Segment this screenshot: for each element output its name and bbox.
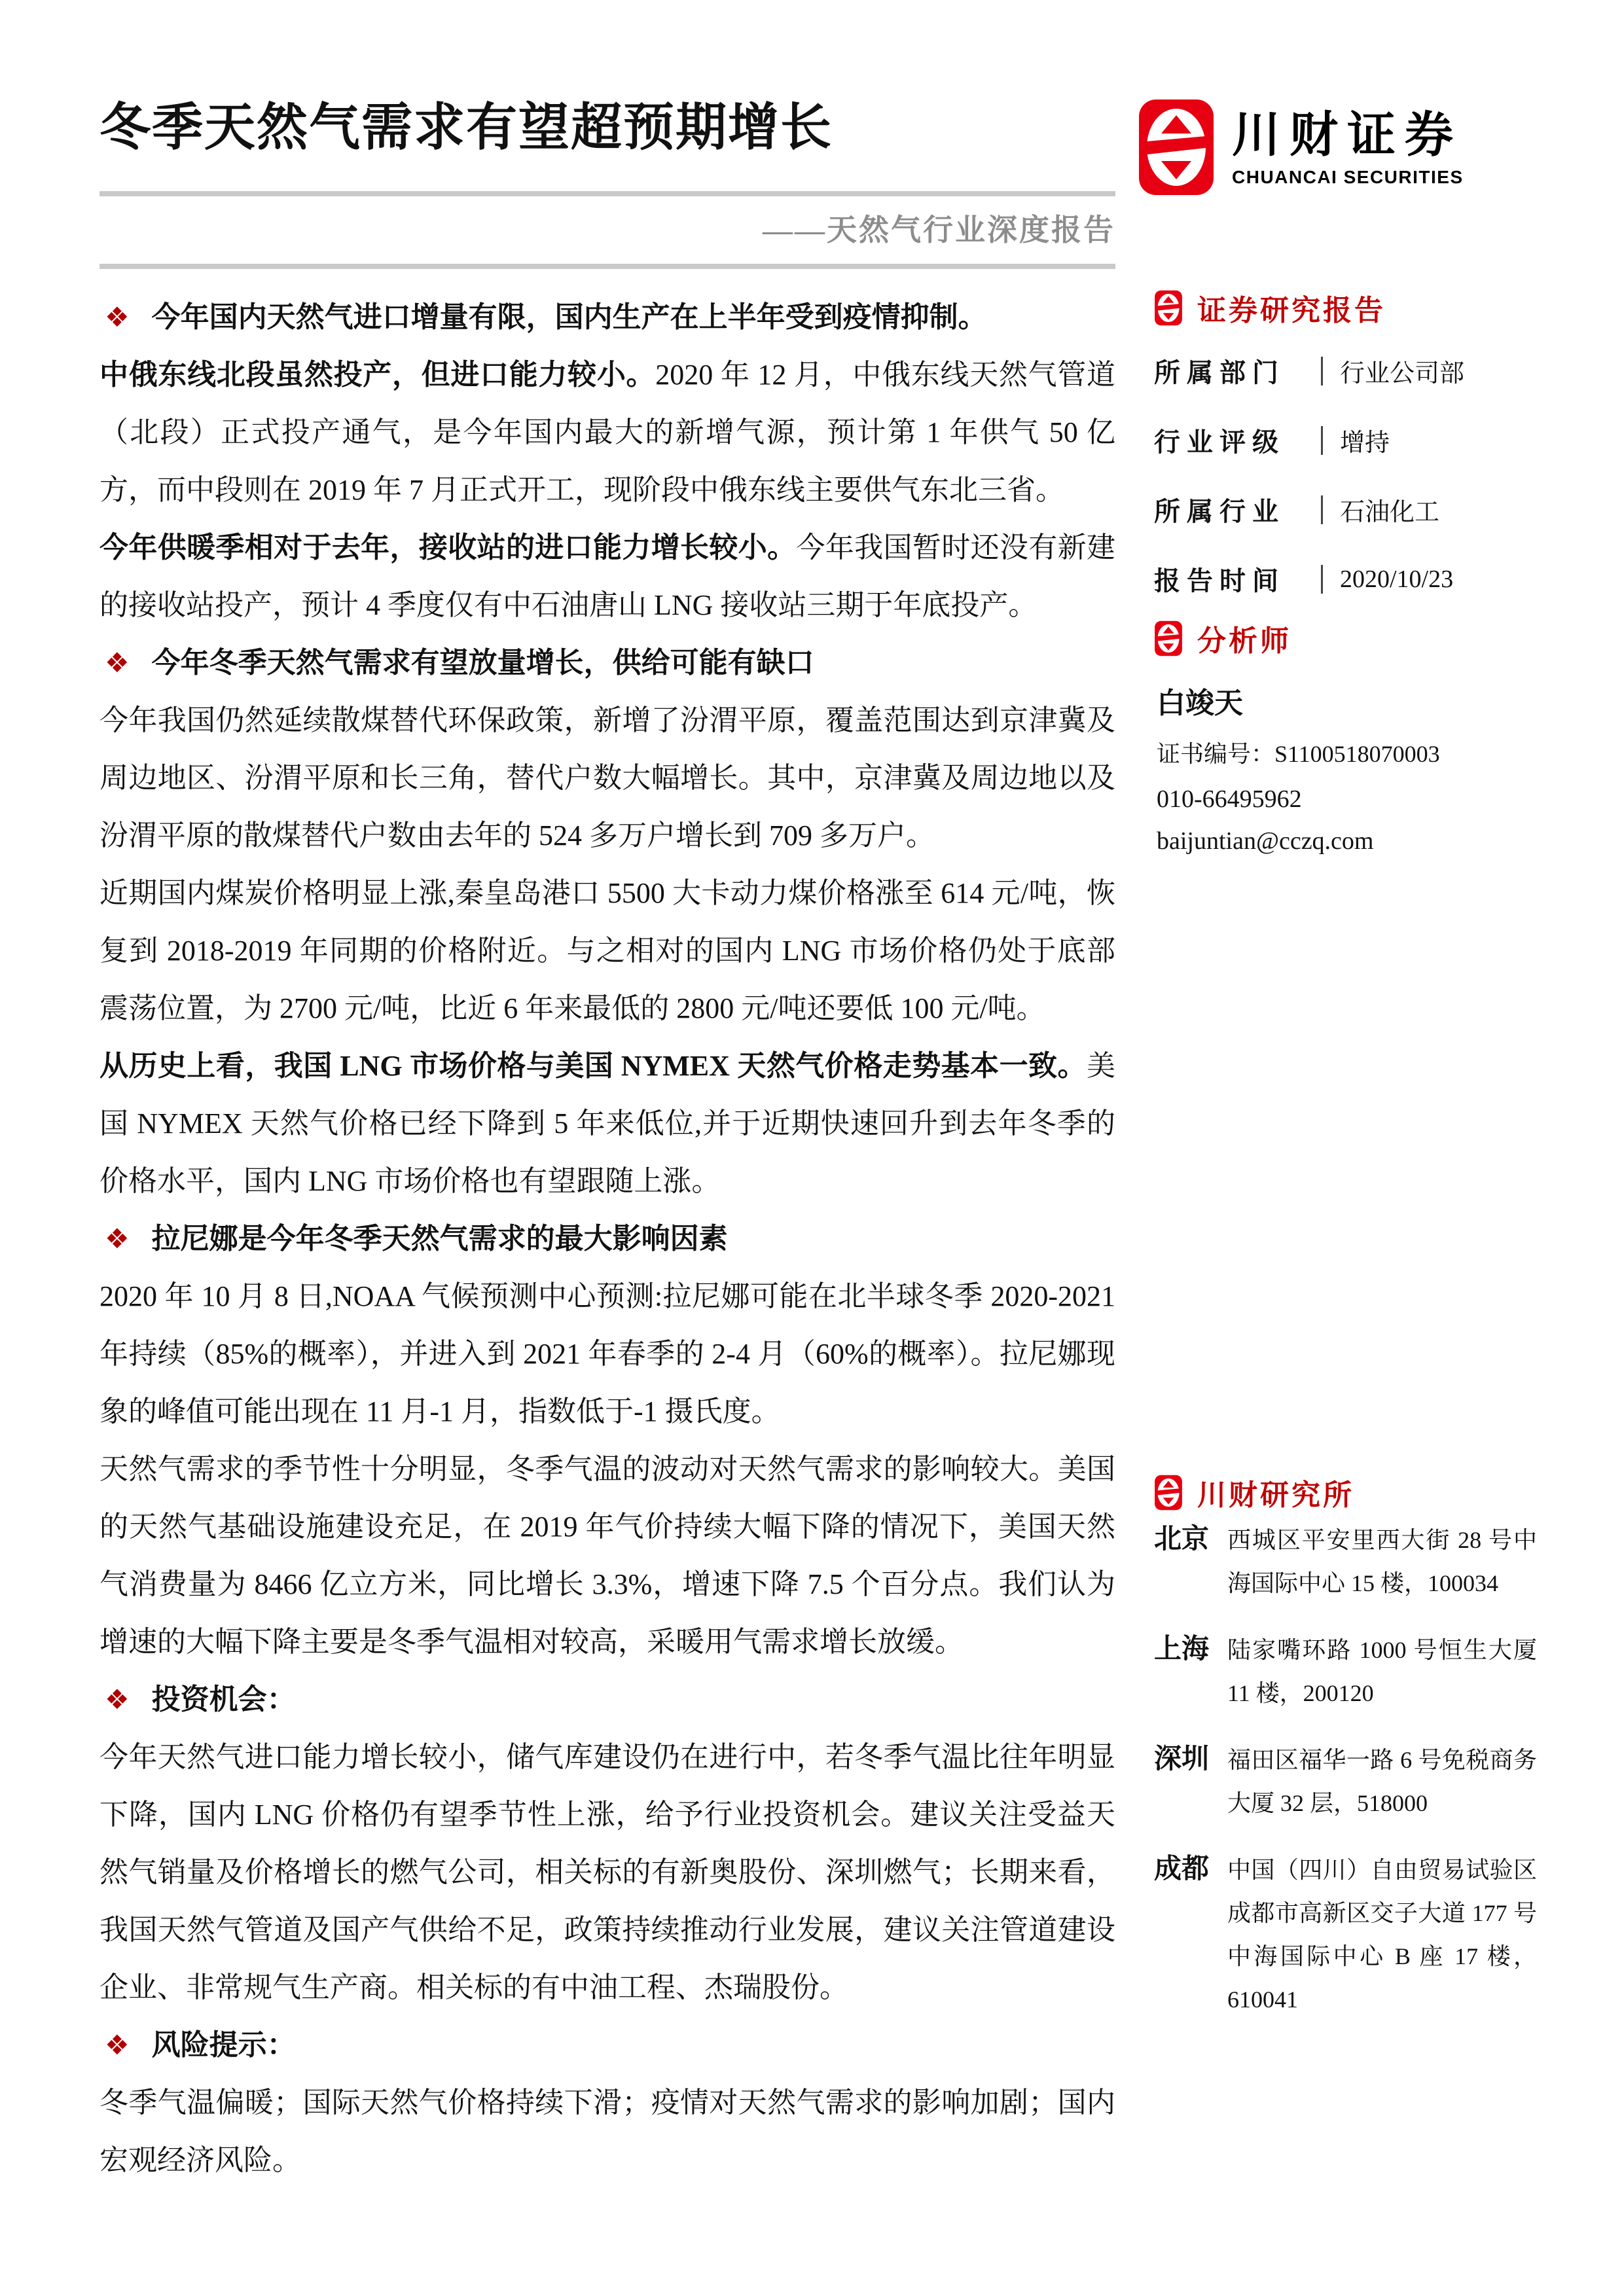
brand-name-en: CHUANCAI SECURITIES [1232,167,1464,188]
institute-header-title: 川财研究所 [1197,1471,1354,1513]
body-paragraph: 今年天然气进口能力增长较小，储气库建设仍在进行中，若冬季气温比往年明显下降，国内… [99,1729,1115,2017]
meta-row-date: 报告时间 2020/10/23 [1154,560,1537,598]
report-summary-content: ❖ 今年国内天然气进口增量有限，国内生产在上半年受到疫情抑制。 中俄东线北段虽然… [99,289,1115,2189]
brand-text: 川财证券 CHUANCAI SECURITIES [1232,107,1464,188]
diamond-bullet-icon: ❖ [105,289,130,346]
section-import-limited: ❖ 今年国内天然气进口增量有限，国内生产在上半年受到疫情抑制。 中俄东线北段虽然… [99,289,1115,634]
body-paragraph: 今年我国仍然延续散煤替代环保政策，新增了汾渭平原，覆盖范围达到京津冀及周边地区、… [99,692,1115,865]
office-city: 北京 [1154,1518,1227,1560]
vertical-divider [1321,495,1323,524]
meta-row-industry: 所属行业 石油化工 [1154,491,1537,528]
office-city: 深圳 [1154,1738,1227,1780]
body-paragraph: 从历史上看，我国 LNG 市场价格与美国 NYMEX 天然气价格走势基本一致。美… [99,1037,1115,1210]
office-address: 中国（四川）自由贸易试验区成都市高新区交子大道 177 号中海国际中心 B 座 … [1227,1848,1537,2021]
analyst-header: 分析师 [1154,617,1291,659]
meta-value: 石油化工 [1340,492,1439,528]
main-column: 冬季天然气需求有望超预期增长 ——天然气行业深度报告 ❖ 今年国内天然气进口增量… [99,98,1115,2189]
section-risk: ❖ 风险提示： 冬季气温偏暖；国际天然气价格持续下滑；疫情对天然气需求的影响加剧… [99,2017,1115,2189]
diamond-bullet-icon: ❖ [105,1210,130,1268]
body-paragraph: 今年供暖季相对于去年，接收站的进口能力增长较小。今年我国暂时还没有新建的接收站投… [99,519,1115,634]
body-paragraph: 天然气需求的季节性十分明显，冬季气温的波动对天然气需求的影响较大。美国的天然气基… [99,1441,1115,1671]
body-paragraph: 2020 年 10 月 8 日,NOAA 气候预测中心预测:拉尼娜可能在北半球冬… [99,1268,1115,1441]
section-heading-text: 风险提示： [152,2017,296,2074]
office-chengdu: 成都 中国（四川）自由贸易试验区成都市高新区交子大道 177 号中海国际中心 B… [1154,1848,1537,2021]
office-city: 成都 [1154,1848,1227,1890]
body-paragraph: 冬季气温偏暖；国际天然气价格持续下滑；疫情对天然气需求的影响加剧；国内宏观经济风… [99,2074,1115,2189]
office-beijing: 北京 西城区平安里西大街 28 号中海国际中心 15 楼，100034 [1154,1518,1537,1605]
vertical-divider [1321,565,1323,594]
section-heading: ❖ 风险提示： [99,2017,1115,2074]
section-heading-text: 今年国内天然气进口增量有限，国内生产在上半年受到疫情抑制。 [152,289,987,346]
chuancai-logo-icon [1138,98,1215,196]
section-heading: ❖ 今年国内天然气进口增量有限，国内生产在上半年受到疫情抑制。 [99,289,1115,346]
meta-value: 增持 [1340,422,1390,458]
vertical-divider [1321,357,1323,386]
section-heading-text: 拉尼娜是今年冬季天然气需求的最大影响因素 [152,1210,728,1268]
diamond-bullet-icon: ❖ [105,1671,130,1729]
meta-label: 行业评级 [1154,422,1321,459]
meta-label: 所属行业 [1154,491,1321,528]
office-shenzhen: 深圳 福田区福华一路 6 号免税商务大厦 32 层，518000 [1154,1738,1537,1825]
chuancai-logo-small-icon [1154,1475,1183,1511]
section-lanina: ❖ 拉尼娜是今年冬季天然气需求的最大影响因素 2020 年 10 月 8 日,N… [99,1210,1115,1671]
section-heading: ❖ 今年冬季天然气需求有望放量增长，供给可能有缺口 [99,634,1115,692]
meta-value: 2020/10/23 [1340,565,1453,594]
body-paragraph: 近期国内煤炭价格明显上涨,秦皇岛港口 5500 大卡动力煤价格涨至 614 元/… [99,865,1115,1037]
section-winter-demand: ❖ 今年冬季天然气需求有望放量增长，供给可能有缺口 今年我国仍然延续散煤替代环保… [99,634,1115,1210]
section-heading: ❖ 拉尼娜是今年冬季天然气需求的最大影响因素 [99,1210,1115,1268]
meta-label: 所属部门 [1154,352,1321,389]
diamond-bullet-icon: ❖ [105,2017,130,2074]
meta-row-rating: 行业评级 增持 [1154,422,1537,459]
office-city: 上海 [1154,1628,1227,1670]
report-meta: 所属部门 行业公司部 行业评级 增持 所属行业 石油化工 报告时间 2020/1… [1154,352,1537,630]
meta-value: 行业公司部 [1340,353,1464,389]
chuancai-logo-small-icon [1154,290,1183,326]
report-badge-title: 证券研究报告 [1197,287,1386,329]
office-shanghai: 上海 陆家嘴环路 1000 号恒生大厦 11 楼，200120 [1154,1628,1537,1715]
analyst-name: 白竣天 [1157,679,1540,721]
institute-offices: 北京 西城区平安里西大街 28 号中海国际中心 15 楼，100034 上海 陆… [1154,1518,1537,2045]
section-heading-text: 投资机会： [152,1671,296,1729]
brand: 川财证券 CHUANCAI SECURITIES [1138,98,1464,196]
body-paragraph: 中俄东线北段虽然投产，但进口能力较小。2020 年 12 月，中俄东线天然气管道… [99,346,1115,519]
section-investment: ❖ 投资机会： 今年天然气进口能力增长较小，储气库建设仍在进行中，若冬季气温比往… [99,1671,1115,2017]
office-address: 陆家嘴环路 1000 号恒生大厦 11 楼，200120 [1227,1628,1537,1715]
analyst-block: 白竣天 证书编号：S1100518070003 010-66495962 bai… [1157,679,1540,855]
vertical-divider [1321,426,1323,455]
analyst-header-title: 分析师 [1197,617,1291,659]
analyst-phone: 010-66495962 [1157,785,1540,814]
title-rule-bottom [99,264,1115,269]
analyst-cert-number: 证书编号：S1100518070003 [1157,736,1540,769]
section-heading-text: 今年冬季天然气需求有望放量增长，供给可能有缺口 [152,634,814,692]
title-rule-top [99,191,1115,196]
office-address: 西城区平安里西大街 28 号中海国际中心 15 楼，100034 [1227,1518,1537,1605]
analyst-email: baijuntian@cczq.com [1157,827,1540,855]
report-subtitle: ——天然气行业深度报告 [99,211,1115,250]
chuancai-logo-small-icon [1154,620,1183,656]
brand-name: 川财证券 [1232,107,1464,165]
section-heading: ❖ 投资机会： [99,1671,1115,1729]
office-address: 福田区福华一路 6 号免税商务大厦 32 层，518000 [1227,1738,1537,1825]
report-badge: 证券研究报告 [1154,287,1386,329]
meta-label: 报告时间 [1154,560,1321,598]
meta-row-department: 所属部门 行业公司部 [1154,352,1537,389]
institute-header: 川财研究所 [1154,1471,1354,1513]
page-title: 冬季天然气需求有望超预期增长 [99,98,1115,157]
diamond-bullet-icon: ❖ [105,634,130,692]
